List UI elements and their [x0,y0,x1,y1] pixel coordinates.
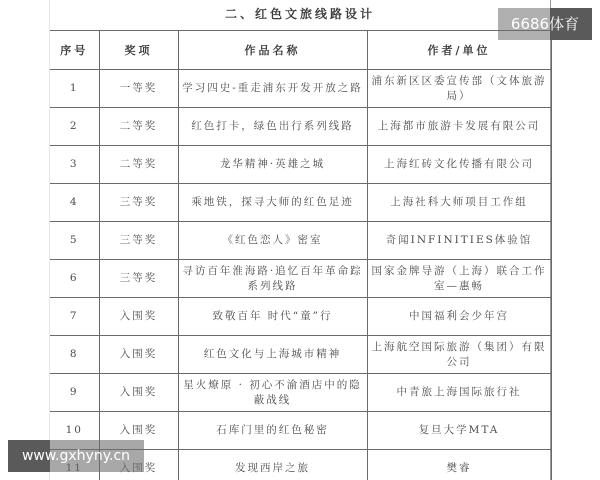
cell-no: 6 [50,260,99,298]
watermark-bottom-left: www.gxhyny.cn [8,440,144,472]
cell-no: 2 [50,108,99,146]
table-row: 2 二等奖 红色打卡，绿色出行系列线路 上海都市旅游卡发展有限公司 [50,108,551,146]
cell-work: 乘地铁，探寻大师的红色足迹 [178,184,367,222]
table-row: 9 入围奖 星火燎原 · 初心不渝酒店中的隐蔽战线 中青旅上海国际旅行社 [50,374,551,412]
cell-author: 浦东新区区委宣传部（文体旅游局） [367,70,551,108]
cell-no: 7 [50,298,99,336]
cell-author: 中国福利会少年宫 [367,298,551,336]
document-page: 二、红色文旅线路设计 序号 奖项 作品名称 作者/单位 1 一等奖 学习四史-重… [0,0,600,480]
cell-work: 学习四史-重走浦东开发开放之路 [178,70,367,108]
table-header-row: 序号 奖项 作品名称 作者/单位 [50,31,551,70]
cell-work: 致敬百年 时代“童”行 [178,298,367,336]
cell-no: 3 [50,146,99,184]
cell-no: 1 [50,70,99,108]
section-title: 二、红色文旅线路设计 [50,0,550,30]
table-row: 5 三等奖 《红色恋人》密室 奇闻INFINITIES体验馆 [50,222,551,260]
cell-award: 一等奖 [99,70,178,108]
table-row: 6 三等奖 寻访百年淮海路·追忆百年革命踪系列线路 国家金牌导游（上海）联合工作… [50,260,551,298]
cell-no: 4 [50,184,99,222]
table-row: 8 入围奖 红色文化与上海城市精神 上海航空国际旅游（集团）有限公司 [50,336,551,374]
cell-work: 红色文化与上海城市精神 [178,336,367,374]
cell-award: 二等奖 [99,108,178,146]
cell-award: 三等奖 [99,260,178,298]
watermark-top-right: 6686体育 [498,8,592,40]
table-row: 7 入围奖 致敬百年 时代“童”行 中国福利会少年宫 [50,298,551,336]
cell-award: 入围奖 [99,298,178,336]
cell-author: 奇闻INFINITIES体验馆 [367,222,551,260]
cell-work: 发现西岸之旅 [178,450,367,480]
cell-work: 《红色恋人》密室 [178,222,367,260]
cell-work: 龙华精神·英雄之城 [178,146,367,184]
cell-no: 5 [50,222,99,260]
table-row: 3 二等奖 龙华精神·英雄之城 上海红砖文化传播有限公司 [50,146,551,184]
cell-award: 入围奖 [99,336,178,374]
cell-award: 三等奖 [99,184,178,222]
table-row: 1 一等奖 学习四史-重走浦东开发开放之路 浦东新区区委宣传部（文体旅游局） [50,70,551,108]
cell-author: 上海都市旅游卡发展有限公司 [367,108,551,146]
header-no: 序号 [50,31,99,70]
award-table: 序号 奖项 作品名称 作者/单位 1 一等奖 学习四史-重走浦东开发开放之路 浦… [50,30,552,480]
cell-author: 樊睿 [367,450,551,480]
cell-author: 上海红砖文化传播有限公司 [367,146,551,184]
cell-no: 8 [50,336,99,374]
cell-work: 星火燎原 · 初心不渝酒店中的隐蔽战线 [178,374,367,412]
cell-author: 上海社科大师项目工作组 [367,184,551,222]
cell-author: 复旦大学MTA [367,412,551,450]
cell-author: 国家金牌导游（上海）联合工作室—惠畅 [367,260,551,298]
cell-award: 入围奖 [99,374,178,412]
cell-author: 中青旅上海国际旅行社 [367,374,551,412]
cell-no: 9 [50,374,99,412]
cell-work: 石库门里的红色秘密 [178,412,367,450]
header-award: 奖项 [99,31,178,70]
cell-award: 二等奖 [99,146,178,184]
cell-award: 三等奖 [99,222,178,260]
header-work: 作品名称 [178,31,367,70]
cell-work: 寻访百年淮海路·追忆百年革命踪系列线路 [178,260,367,298]
table-row: 4 三等奖 乘地铁，探寻大师的红色足迹 上海社科大师项目工作组 [50,184,551,222]
cell-work: 红色打卡，绿色出行系列线路 [178,108,367,146]
cell-author: 上海航空国际旅游（集团）有限公司 [367,336,551,374]
